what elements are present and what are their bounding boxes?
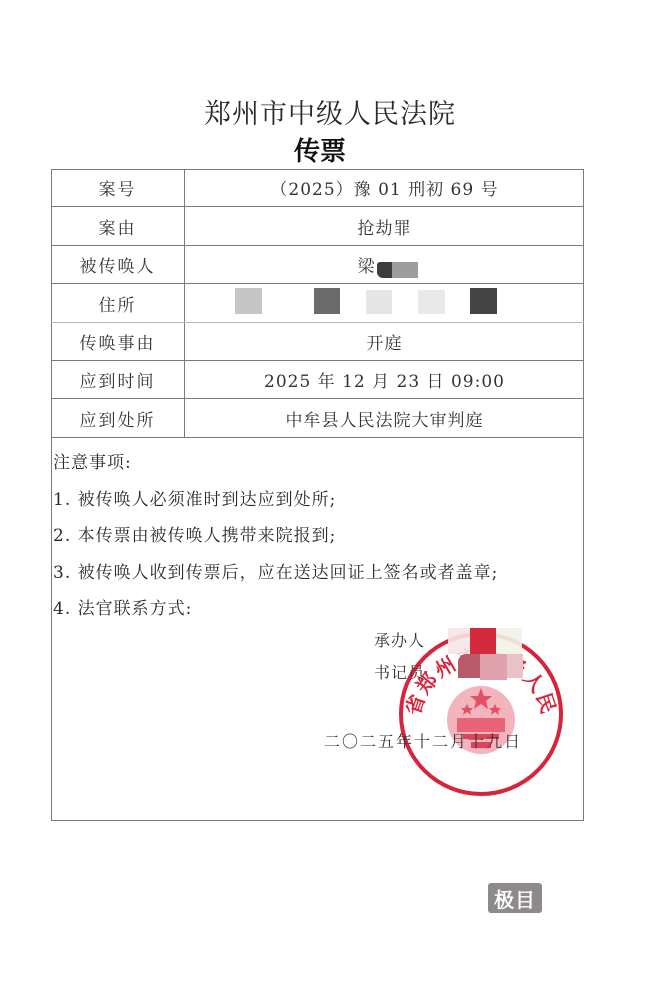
note-item-1: 1. 被传唤人必须准时到达应到处所; [53,485,498,522]
summons-reason-value: 开庭 [185,323,584,360]
handler-redaction-pale [448,628,470,654]
notes-section: 注意事项: 1. 被传唤人必须准时到达应到处所; 2. 本传票由被传唤人携带来院… [53,448,498,631]
address-redaction-5 [470,288,497,314]
case-cause-value: 抢劫罪 [185,207,584,245]
note-item-4: 4. 法官联系方式: [53,594,498,631]
appearance-place-value: 中牟县人民法院大审判庭 [185,399,584,437]
document-title: 传票 [0,131,640,168]
note-item-2: 2. 本传票由被传唤人携带来院报到; [53,521,498,558]
row-appearance-place: 应到处所 中牟县人民法院大审判庭 [51,399,584,438]
court-name: 郑州市中级人民法院 [0,92,660,131]
clerk-redaction-2 [480,654,507,680]
clerk-redaction-1 [458,654,480,678]
summoned-person-surname: 梁 [358,252,376,277]
issue-date: 二〇二五年十二月十九日 [324,729,522,752]
address-redaction-1 [235,288,262,314]
summons-reason-label: 传唤事由 [51,323,185,360]
jimu-watermark: 极目 [488,883,542,913]
name-redaction-gray [392,262,418,278]
notes-heading: 注意事项: [53,448,498,485]
row-appearance-time: 应到时间 2025 年 12 月 23 日 09:00 [51,361,584,399]
handler-label: 承办人 [374,628,425,651]
address-redaction-3 [366,290,392,314]
name-redaction-dark [377,262,392,278]
address-redaction-4 [418,290,445,314]
note-item-3: 3. 被传唤人收到传票后，应在送达回证上签名或者盖章; [53,558,498,595]
summoned-person-label: 被传唤人 [51,246,185,283]
handler-redaction [470,628,496,654]
appearance-time-label: 应到时间 [51,361,185,398]
row-summoned-person: 被传唤人 梁 [51,246,584,284]
appearance-time-value: 2025 年 12 月 23 日 09:00 [185,361,584,398]
case-cause-label: 案由 [51,207,185,245]
clerk-label: 书记员 [374,660,425,683]
appearance-place-label: 应到处所 [51,399,185,437]
row-case-number: 案号 （2025）豫 01 刑初 69 号 [51,169,584,207]
row-case-cause: 案由 抢劫罪 [51,207,584,246]
row-summons-reason: 传唤事由 开庭 [51,323,584,361]
case-number-value: （2025）豫 01 刑初 69 号 [185,169,584,206]
case-number-label: 案号 [51,169,185,206]
address-redaction-2 [314,288,340,314]
address-label: 住所 [51,284,185,322]
handler-redaction-light [496,628,522,654]
clerk-redaction-3 [507,654,523,678]
